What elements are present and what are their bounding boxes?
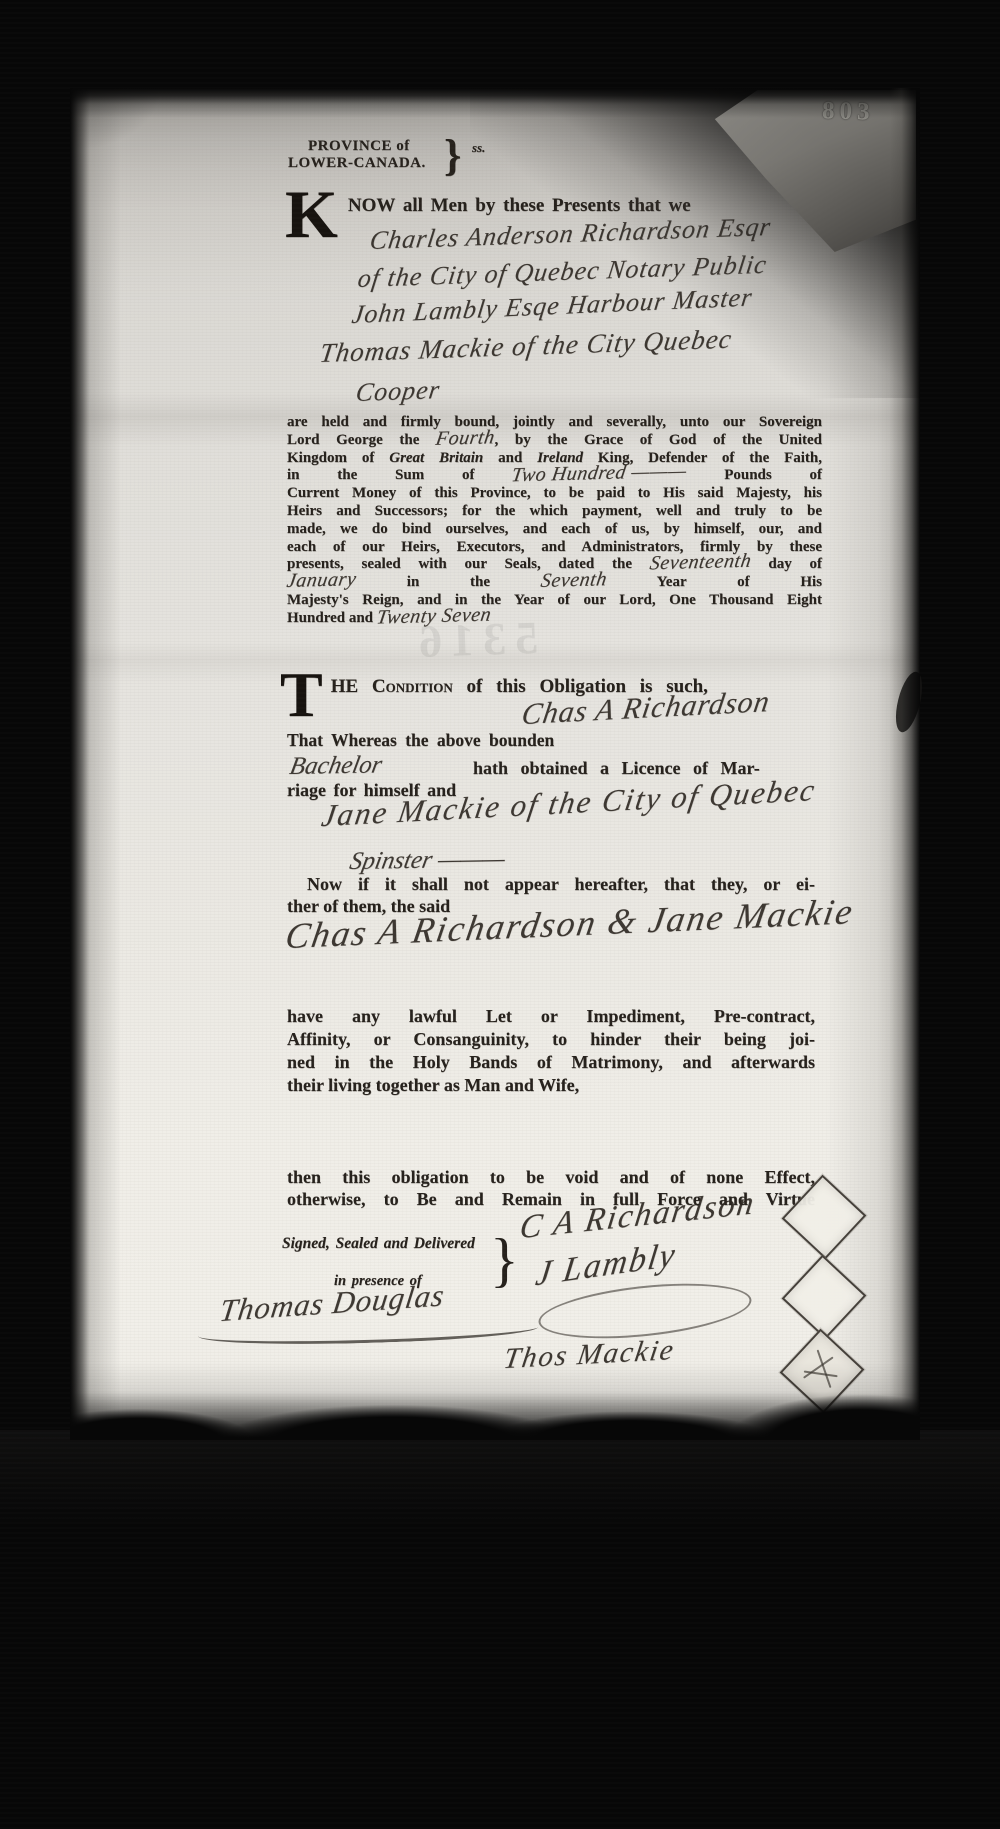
printed-segment: Pounds of	[686, 467, 822, 483]
obligor-handwritten-line: Thomas Mackie of the City Quebec	[318, 324, 734, 370]
bond-line: in the Sum of Two Hundred ——— Pounds of	[287, 467, 822, 485]
printed-segment: Lord George the	[287, 432, 436, 448]
handwritten-segment: Twenty Seven	[376, 609, 492, 623]
condition-lead: HE	[331, 676, 372, 697]
handwritten-segment: Seventh	[540, 574, 608, 587]
printed-segment: made, we do bind ourselves, and each of …	[287, 521, 822, 537]
document-photo: 5316 PROVINCE of LOWER-CANADA. } ss. KNO…	[0, 0, 1000, 1829]
bond-line: Heirs and Successors; for the which paym…	[287, 503, 822, 521]
jurat-brace: }	[444, 130, 461, 181]
edge-fade-left	[70, 88, 90, 1440]
witness-signature: Thomas Douglas	[217, 1277, 447, 1329]
bond-line: January in the Seventh Year of His	[287, 574, 822, 592]
wafer-seal	[782, 1255, 867, 1340]
handwritten-segment: Two Hundred ———	[511, 466, 688, 482]
bond-paragraph: are held and firmly bound, jointly and s…	[287, 414, 822, 628]
printed-segment: Current Money of this Province, to be pa…	[287, 485, 822, 501]
jurat-abbreviation: ss.	[472, 140, 485, 156]
paper-sheet: 5316 PROVINCE of LOWER-CANADA. } ss. KNO…	[70, 88, 920, 1440]
edge-fade-top	[70, 88, 920, 118]
province-line-2: LOWER-CANADA.	[288, 155, 426, 172]
opening-dropcap: K	[285, 188, 338, 240]
bond-line: Majesty's Reign, and in the Year of our …	[287, 592, 822, 610]
bond-line: are held and firmly bound, jointly and s…	[287, 414, 822, 432]
paragraph-line: have any lawful Let or Impediment, Pre-c…	[287, 1005, 815, 1028]
printed-segment: Year of His	[606, 574, 822, 590]
printed-segment: in the	[356, 574, 541, 590]
printed-segment: in the Sum of	[287, 467, 512, 483]
condition-dropcap: T	[280, 670, 323, 720]
edge-fade-right	[890, 88, 920, 1440]
paragraph-line: their living together as Man and Wife,	[287, 1074, 815, 1097]
edge-fade-bottom	[70, 1362, 920, 1440]
bond-line: Hundred and Twenty Seven	[287, 610, 822, 628]
province-line-1: PROVINCE of	[308, 138, 426, 155]
printed-segment: are held and firmly bound, jointly and s…	[287, 414, 822, 430]
condition-smallcaps: Condition	[372, 676, 453, 697]
opening-text: NOW all Men by these Presents that we	[348, 188, 691, 217]
licence-line: hath obtained a Licence of Mar-	[473, 758, 760, 779]
printed-segment: Majesty's Reign, and in the Year of our …	[287, 592, 822, 608]
printed-segment: Hundred and	[287, 610, 377, 626]
groom-status-handwritten: Bachelor	[287, 751, 384, 781]
bond-line: Lord George the Fourth, by the Grace of …	[287, 432, 822, 450]
handwritten-segment: Fourth	[435, 432, 495, 445]
printed-segment: , by the Grace of God of the United	[495, 432, 822, 448]
paragraph-line: ned in the Holy Bands of Matrimony, and …	[287, 1051, 815, 1074]
handwritten-segment: January	[286, 574, 357, 587]
whereas-line: That Whereas the above bounden	[287, 730, 554, 751]
printed-segment: day of	[751, 556, 822, 572]
paragraph-line: Affinity, or Consanguinity, to hinder th…	[287, 1028, 815, 1051]
impediment-paragraph: have any lawful Let or Impediment, Pre-c…	[287, 1005, 815, 1097]
handwritten-segment: Seventeenth	[649, 556, 752, 570]
printed-segment: Kingdom of	[287, 450, 389, 466]
obligor-handwritten-line: Cooper	[354, 375, 442, 408]
bond-line: made, we do bind ourselves, and each of …	[287, 521, 822, 539]
italic-segment: Great Britain	[389, 450, 483, 466]
paragraph-line: Now if it shall not appear hereafter, th…	[287, 873, 815, 895]
signed-sealed-label: Signed, Sealed and Delivered	[282, 1235, 475, 1253]
printed-segment: Heirs and Successors; for the which paym…	[287, 503, 822, 519]
bride-status-handwritten: Spinster ———	[347, 845, 507, 876]
paragraph-line: then this obligation to be void and of n…	[287, 1166, 815, 1188]
bond-line: Current Money of this Province, to be pa…	[287, 485, 822, 503]
attestation-brace: }	[490, 1226, 519, 1295]
header-region: PROVINCE of LOWER-CANADA. } ss.	[288, 138, 426, 172]
scan-glow	[0, 1430, 1000, 1560]
